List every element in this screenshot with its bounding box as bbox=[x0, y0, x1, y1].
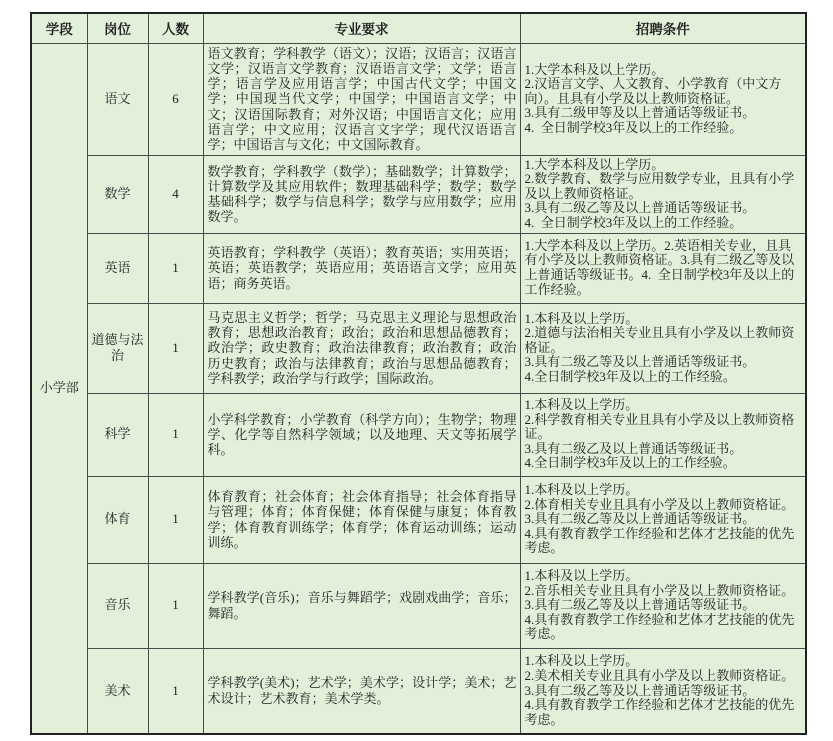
condition-line: 1.本科及以上学历。 bbox=[525, 483, 803, 498]
major-cell: 马克思主义哲学；哲学；马克思主义理论与思想政治教育；思想政治教育；政治；政治和思… bbox=[203, 303, 520, 393]
condition-line: 4.全日制学校3年及以上的工作经验。 bbox=[525, 456, 803, 471]
condition-line: 2.科学教育相关专业且具有小学及以上教师资格证。 bbox=[525, 413, 803, 442]
condition-line: 2.美术相关专业且具有小学及以上教师资格证。 bbox=[525, 669, 803, 684]
position-cell: 英语 bbox=[87, 233, 148, 303]
count-cell: 1 bbox=[148, 393, 203, 476]
condition-line: 1.大学本科及以上学历。 bbox=[525, 63, 803, 78]
table-row: 美术 1 学科教学(美术)；艺术学；美术学；设计学；美术；艺术设计；艺术教育；美… bbox=[31, 648, 806, 734]
condition-line: 3.具有二级乙等及以上普通话等级证书。 bbox=[525, 684, 803, 699]
condition-line: 4. 全日制学校3年及以上的工作经验。 bbox=[525, 121, 803, 136]
table-row: 音乐 1 学科教学(音乐)；音乐与舞蹈学；戏剧戏曲学；音乐；舞蹈。 1.本科及以… bbox=[31, 563, 806, 648]
conditions-cell: 1.本科及以上学历。2.音乐相关专业且具有小学及以上教师资格证。3.具有二级乙等… bbox=[520, 563, 806, 648]
table-row: 数学 4 数学教育；学科教学（数学）；基础数学；计算数学；计算数学及其应用软件；… bbox=[31, 155, 806, 233]
header-conditions: 招聘条件 bbox=[520, 13, 806, 43]
count-cell: 1 bbox=[148, 303, 203, 393]
table-row: 体育 1 体育教育；社会体育；社会体育指导；社会体育指导与管理；体育；体育保健；… bbox=[31, 476, 806, 563]
recruitment-table: 学段 岗位 人数 专业要求 招聘条件 小学部 语文 6 语文教育；学科教学（语文… bbox=[30, 12, 807, 735]
position-cell: 语文 bbox=[87, 43, 148, 155]
condition-line: 3.具有二级乙等及以上普通话等级证书。 bbox=[525, 355, 803, 370]
conditions-cell: 1.本科及以上学历。2.体育相关专业且具有小学及以上教师资格证。3.具有二级乙等… bbox=[520, 476, 806, 563]
conditions-cell: 1.本科及以上学历。2.道德与法治相关专业且具有小学及以上教师资格证。3.具有二… bbox=[520, 303, 806, 393]
condition-line: 1.大学本科及以上学历。2.英语相关专业，且具有小学及以上教师资格证。3.具有二… bbox=[525, 239, 803, 297]
count-cell: 1 bbox=[148, 563, 203, 648]
condition-line: 4.具有教育教学工作经验和艺体才艺技能的优先考虑。 bbox=[525, 527, 803, 556]
condition-line: 1.本科及以上学历。 bbox=[525, 398, 803, 413]
condition-line: 1.本科及以上学历。 bbox=[525, 569, 803, 584]
table-header-row: 学段 岗位 人数 专业要求 招聘条件 bbox=[31, 13, 806, 43]
document-page: 学段 岗位 人数 专业要求 招聘条件 小学部 语文 6 语文教育；学科教学（语文… bbox=[0, 0, 833, 741]
position-cell: 科学 bbox=[87, 393, 148, 476]
header-major: 专业要求 bbox=[203, 13, 520, 43]
condition-line: 2.数学教育、数学与应用数学专业，且具有小学及以上教师资格证。 bbox=[525, 172, 803, 201]
position-cell: 道德与法治 bbox=[87, 303, 148, 393]
major-cell: 学科教学(美术)；艺术学；美术学；设计学；美术；艺术设计；艺术教育；美术学类。 bbox=[203, 648, 520, 734]
major-cell: 数学教育；学科教学（数学）；基础数学；计算数学；计算数学及其应用软件；数理基础科… bbox=[203, 155, 520, 233]
count-cell: 1 bbox=[148, 476, 203, 563]
condition-line: 1.大学本科及以上学历。 bbox=[525, 158, 803, 173]
condition-line: 3.具有二级乙等及以上普通话等级证书。 bbox=[525, 512, 803, 527]
major-cell: 体育教育；社会体育；社会体育指导；社会体育指导与管理；体育；体育保健；体育保健与… bbox=[203, 476, 520, 563]
condition-line: 4.具有教育教学工作经验和艺体才艺技能的优先考虑。 bbox=[525, 698, 803, 727]
major-cell: 语文教育；学科教学（语文）；汉语；汉语言；汉语言文学；汉语言文学教育；汉语语言文… bbox=[203, 43, 520, 155]
conditions-cell: 1.大学本科及以上学历。2.汉语言文学、人文教育、小学教育（中文方向）。且具有小… bbox=[520, 43, 806, 155]
conditions-cell: 1.大学本科及以上学历。2.英语相关专业，且具有小学及以上教师资格证。3.具有二… bbox=[520, 233, 806, 303]
major-cell: 小学科学教育；小学教育（科学方向）；生物学；物理学、化学等自然科学领域；以及地理… bbox=[203, 393, 520, 476]
condition-line: 3.具有二级乙等及以上普通话等级证书。 bbox=[525, 201, 803, 216]
condition-line: 2.音乐相关专业且具有小学及以上教师资格证。 bbox=[525, 584, 803, 599]
condition-line: 4.具有教育教学工作经验和艺体才艺技能的优先考虑。 bbox=[525, 613, 803, 642]
condition-line: 2.汉语言文学、人文教育、小学教育（中文方向）。且具有小学及以上教师资格证。 bbox=[525, 77, 803, 106]
table-row: 道德与法治 1 马克思主义哲学；哲学；马克思主义理论与思想政治教育；思想政治教育… bbox=[31, 303, 806, 393]
position-cell: 美术 bbox=[87, 648, 148, 734]
header-stage: 学段 bbox=[31, 13, 87, 43]
conditions-cell: 1.本科及以上学历。2.美术相关专业且具有小学及以上教师资格证。3.具有二级乙等… bbox=[520, 648, 806, 734]
condition-line: 3.具有二级甲等及以上普通话等级证书。 bbox=[525, 106, 803, 121]
stage-cell: 小学部 bbox=[31, 43, 87, 734]
conditions-cell: 1.大学本科及以上学历。2.数学教育、数学与应用数学专业，且具有小学及以上教师资… bbox=[520, 155, 806, 233]
count-cell: 6 bbox=[148, 43, 203, 155]
position-cell: 体育 bbox=[87, 476, 148, 563]
condition-line: 3.具有二级乙及以上普通话等级证书。 bbox=[525, 442, 803, 457]
header-position: 岗位 bbox=[87, 13, 148, 43]
condition-line: 2.体育相关专业且具有小学及以上教师资格证。 bbox=[525, 498, 803, 513]
table-row: 英语 1 英语教育；学科教学（英语）；教育英语；实用英语；英语；英语教学；英语应… bbox=[31, 233, 806, 303]
header-count: 人数 bbox=[148, 13, 203, 43]
position-cell: 数学 bbox=[87, 155, 148, 233]
condition-line: 4.全日制学校3年及以上的工作经验。 bbox=[525, 370, 803, 385]
count-cell: 4 bbox=[148, 155, 203, 233]
condition-line: 2.道德与法治相关专业且具有小学及以上教师资格证。 bbox=[525, 326, 803, 355]
count-cell: 1 bbox=[148, 648, 203, 734]
major-cell: 英语教育；学科教学（英语）；教育英语；实用英语；英语；英语教学；英语应用；英语语… bbox=[203, 233, 520, 303]
condition-line: 4. 全日制学校3年及以上的工作经验。 bbox=[525, 216, 803, 231]
count-cell: 1 bbox=[148, 233, 203, 303]
major-cell: 学科教学(音乐)；音乐与舞蹈学；戏剧戏曲学；音乐；舞蹈。 bbox=[203, 563, 520, 648]
conditions-cell: 1.本科及以上学历。2.科学教育相关专业且具有小学及以上教师资格证。3.具有二级… bbox=[520, 393, 806, 476]
table-row: 小学部 语文 6 语文教育；学科教学（语文）；汉语；汉语言；汉语言文学；汉语言文… bbox=[31, 43, 806, 155]
table-row: 科学 1 小学科学教育；小学教育（科学方向）；生物学；物理学、化学等自然科学领域… bbox=[31, 393, 806, 476]
condition-line: 1.本科及以上学历。 bbox=[525, 654, 803, 669]
condition-line: 1.本科及以上学历。 bbox=[525, 312, 803, 327]
position-cell: 音乐 bbox=[87, 563, 148, 648]
condition-line: 3.具有二级乙等及以上普通话等级证书。 bbox=[525, 598, 803, 613]
